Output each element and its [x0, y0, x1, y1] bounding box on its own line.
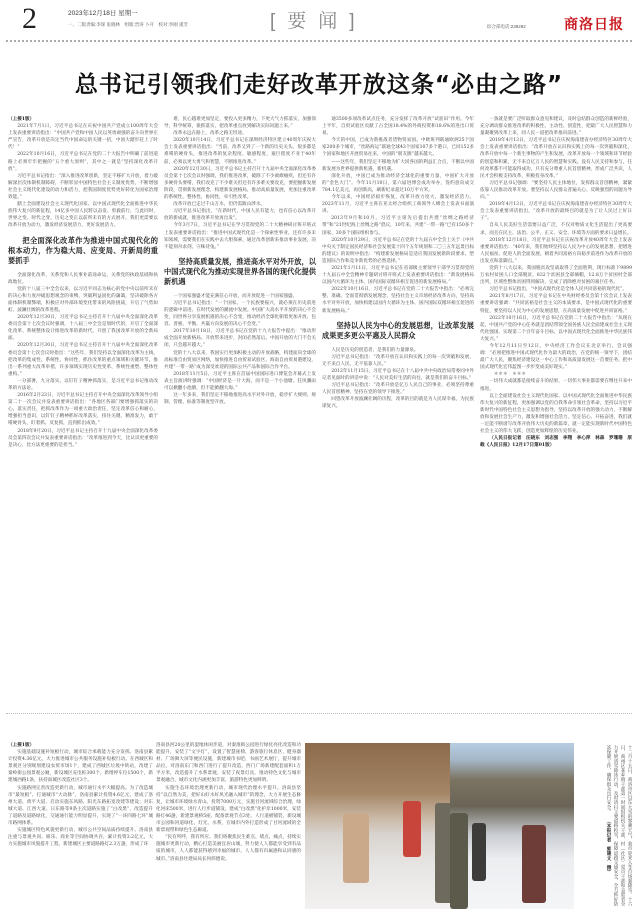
subheading: 把全面深化改革作为推进中国式现代化的根本动力，作为稳大局、应变局、开新局的重要抓…: [8, 236, 158, 266]
snow-sweeping-photo-left: [305, 743, 453, 909]
person-sweeping-figure: [343, 813, 369, 883]
paragraph: ——这些年，我们坚定不移地为扩大同各国的利益汇合点，不断以中国新发展为世界提供新…: [322, 159, 474, 173]
paragraph: 今年以来，中国经济稳步恢复，改革开放力度大，激发经济活力。2023年11月，习近…: [322, 194, 474, 215]
paragraph: 2012年11月15日，习近平总书记在十八届中共中央政治局常委同中外记者见面时的…: [322, 368, 474, 382]
paragraph: 党的十八届三中全会以来，以习近平同志为核心的党中央以前所未有的决心和力度冲破思想…: [8, 286, 158, 314]
paragraph: 2022年10月16日，习近平总书记在党的二十大报告中指出：“从现在起，中国共产…: [480, 315, 632, 343]
continuation-note: （上接1版）: [8, 116, 158, 123]
paragraph: 2021年7月1日，习近平总书记在庆祝中国共产党成立100周年大会上发表重要讲话…: [8, 123, 158, 151]
paragraph: “民有所呼，我有所应。我们将聚焦民生难点、堵点、痛点，持续实施城市更新行动，精心…: [156, 834, 301, 862]
paragraph: 2018年4月13日，习近平总书记在庆祝海南建省办经济特区30周年大会上发表重要…: [480, 201, 632, 222]
department-phone: 综合部电话:238292: [487, 24, 526, 30]
paragraph: 习近平总书记指出：“改革开放在认识和实践上的每一次突破和发展，无不来自人民、无不…: [322, 354, 474, 368]
paragraph: 实施生态环境治理更新行动，城市现代治理水平提升。洛南县坚持“以自然为美，把好山好…: [156, 785, 301, 835]
paragraph: 党的十八大以来，我国脱贫攻坚战取得了全面胜利，现行标准下9899万农村贫困人口全…: [480, 265, 632, 286]
paragraph: 今天的中国，已成为新挑战者货物贸易国。中欧班列联通欧洲25个国家200多个城市，…: [322, 137, 474, 158]
paragraph: 党的十八大以来，我国实行更加积极主动的开放战略，构建面向全球的高标准自由贸易区网…: [164, 350, 316, 371]
paragraph: 一切伟大成就都是接续奋斗的结果，一切伟大事业都需要在继往开来中推进。: [480, 378, 632, 392]
paragraph: 2021年8月17日，习近平总书记在中央财经委员会第十次会议上发表重要讲话强调：…: [480, 293, 632, 314]
person-walking-figure: [472, 823, 486, 881]
paragraph: 实施路网完善改造更新行动，城市通行水平大幅提高。为了改造城市“最短板”、打通城市…: [8, 785, 153, 828]
person-red-jacket-figure: [403, 801, 421, 857]
paragraph: 以上全面建设社会主义现代化国家、以中国式现代化全面推进中华民族伟大复兴的新征程，…: [480, 393, 632, 436]
paragraph: 回望改革开放波澜壮阔的历程，改革的目的就是为人民谋幸福，为民族谋复兴。: [322, 396, 474, 410]
article1-column-3: 通3500多项改革试点任务，充分发挥了改革开放“试验田”作用。今年上半年，自贸试…: [322, 116, 474, 710]
paragraph: 洛南县河20公里的湿地休闲步道，对秦淮街公园进行绿化亮化改造和功能提升，安装了“…: [156, 742, 301, 785]
paragraph: 踏上全面建设社会主义现代化国家、以中国式现代化全面推进中华民族伟大复兴的新征程，…: [8, 201, 158, 229]
article2-column-1: （上接1版） 实施基础设施补短板行动，城市综合承载能力充分发挥。洛南县累计投资4…: [8, 742, 153, 910]
masthead: 2 2023年12月18日 星期一 一、二版责编:李琛 张晓林 组版:晋涛 卜开…: [0, 0, 638, 44]
issue-date: 2023年12月18日 星期一: [68, 8, 138, 17]
main-headline: 总书记引领我们走好改革开放这条“必由之路”: [0, 66, 638, 99]
article2-column-2: 洛南县河20公里的湿地休闲步道，对秦淮街公园进行绿化亮化改造和功能提升，安装了“…: [156, 742, 301, 910]
paragraph: 2018年11月5日，习近平主席在首届中国国际进口博览会开幕式上发表主旨演讲时强…: [164, 371, 316, 392]
editors-credits: 一、二版责编:李琛 张晓林 组版:晋涛 卜开 校对:李刚 谨芳: [68, 22, 188, 28]
paragraph: 2013年9月和10月，习近平主席先后提出共建“丝绸之路经济带”和“21世纪海上…: [322, 215, 474, 236]
paragraph: 难，民心越难更加坚定，要投入更多精力，下更大气力抓落实，加强领导，科学统筹，狠抓…: [164, 116, 316, 130]
article1-column-1: （上接1版） 2021年7月1日，习近平总书记在庆祝中国共产党成立100周年大会…: [8, 116, 158, 710]
paragraph: 这一年多来，我们坚定不移地推进高水平对外开放，稳步扩大规则、规制、管理、标准等制…: [164, 392, 316, 406]
paragraph: 一分部署，九分落实。以钉钉子精神抓落实，是习近平总书记推动改革的方法论。: [8, 378, 158, 392]
paragraph: 2020年10月29日，习近平总书记在党的十九届五中全会上关于《中共中央关于制定…: [322, 237, 474, 265]
photo-caption: 十二月十五日，商洛市区以东大雪的寒潮天气，我市迎来入冬首场强降雪。十六日，商州区…: [585, 745, 633, 910]
paragraph: 2021年1月11日，习近平总书记在省部级主要领导干部学习贯彻党的十九届五中全会…: [322, 265, 474, 286]
continuation-note: （上接1版）: [8, 742, 153, 749]
section-title: [要闻]: [270, 6, 367, 33]
paragraph: 深化开放，中国已成为推动经济全球化的重要力量，中国扩大开放的“金色大门”。今年1…: [322, 173, 474, 194]
paragraph: 实施基础设施补短板行动，城市综合承载能力充分发挥。洛南县累计投资4.36亿元，大…: [8, 749, 153, 784]
paragraph: 2020年12月30日，习近平总书记主持召开十九届中央全面深化改革委员会第十七次…: [8, 342, 158, 377]
section-divider: [6, 713, 632, 714]
subheading: 坚持高质量发展，推进高水平对外开放，以中国式现代化为推动实现世界各国的现代化提供…: [164, 257, 316, 287]
page-number: 2: [22, 4, 37, 34]
paragraph: 习近平总书记指出：“一个国家、一个民族要振兴，就必须在历史前进的逻辑中前进、在时…: [164, 300, 316, 328]
paragraph: 习近平总书记指出，“在新时代，中国人民有能力，也有信心以改革开放的新成就，推进改…: [164, 208, 316, 222]
paragraph: 实施城区特色风貌更新行动，城市公共空间品质持续提升。洛南县注重与景观共同、娱乐、…: [8, 827, 153, 848]
paragraph: 全面深化改革，关系党和人民事业前途命运，关系党的执政基础和执政地位。: [8, 272, 158, 286]
paragraph: 习近平总书记指出：“深入推进改革创新，坚定不移扩大开放，着力破解深层次体制机制障…: [8, 173, 158, 201]
paragraph: 2022年10月16日，习近平总书记在党的二十大报告中明确了前进道路上必须牢牢把…: [8, 151, 158, 172]
paragraph: 一个国家强盛才能充满信心开放，而开放促进一个国家强盛。: [164, 293, 316, 300]
person-broom-figure: [522, 825, 546, 903]
paragraph: 一条就是要广泛听取群众意见和建议，及时总结群众创造的新鲜经验，充分调动群众推进改…: [480, 116, 632, 137]
paragraph: 2018年12月18日，习近平总书记在庆祝改革开放40周年大会上发表重要讲话指出…: [480, 237, 632, 265]
subheading: 坚持以人民为中心的发展思想，让改革发展成果更多更公平惠及人民群众: [322, 321, 474, 341]
paragraph: 习近平总书记强调：“要坚持人民主体地位，发挥群众首创精神，紧紧依靠人民推动改革开…: [480, 180, 632, 201]
article1-column-2: 难，民心越难更加坚定，要投入更多精力，下更大气力抓落实，加强领导，科学统筹，狠抓…: [164, 116, 316, 710]
paragraph: 人民是历史的创造者，是我们的力量源泉。: [322, 347, 474, 354]
person-foreground-figure: [450, 813, 468, 909]
paragraph: 自从人民美好生活需要日益广泛，不仅对物质文化生活提出了更高要求，而且在民主、法治…: [480, 222, 632, 236]
masthead-divider: [6, 40, 632, 42]
paragraph: 改革永远在路上，改革之路无坦途。: [164, 130, 316, 137]
paragraph: 2022年10月16日，习近平总书记在党的二十大报告中指出：“必须完整、准确、全…: [322, 286, 474, 314]
paragraph: 2016年2月23日，习近平总书记主持召开中央全面深化改革领导小组第二十一次会议…: [8, 392, 158, 427]
paragraph: 2018年4月13日，习近平总书记在庆祝海南建省办经济特区30周年大会上发表重要…: [480, 137, 632, 180]
snow-sweeping-photo-right: [450, 743, 574, 909]
paragraph: 2020年12月30日，习近平总书记主持召开十九届中央全面深化改革委员会第十七次…: [8, 314, 158, 342]
paragraph: 通3500多项改革试点任务，充分发挥了改革开放“试验田”作用。今年上半年，自贸试…: [322, 116, 474, 137]
paragraph: 习近平总书记指出：“改革开放是亿万人民自己的事业，必须坚持尊重人民首创精神，坚持…: [322, 382, 474, 396]
newspaper-logo: 商洛日报: [564, 14, 624, 34]
paragraph: 2020年10月14日，习近平总书记在深圳经济特区建立40周年庆祝大会上发表重要…: [164, 137, 316, 165]
paragraph: 今年3月7日，习近平总书记在学习贯彻党的二十大精神研讨班开班式上发表重要讲话指出…: [164, 222, 316, 250]
section-break-stars: ＊＊＊ ＊＊＊: [480, 371, 632, 378]
article1-column-4: 一条就是要广泛听取群众意见和建议，及时总结群众创造的新鲜经验，充分调动群众推进改…: [480, 116, 632, 710]
paragraph: 2020年12月30日，习近平总书记主持召开十九届中央全面深化改革委员会第十七次…: [164, 166, 316, 201]
photo-credit: （本报记者 郭建文 摄）: [606, 819, 611, 874]
paragraph: 2018年9月20日，习近平总书记主持召开十九届中央全面深化改革委员会第四次会议…: [8, 428, 158, 449]
paragraph: 今年12月11日至12日，中央经济工作会议在北京举行，会议强调：“必须把推进中国…: [480, 343, 632, 371]
paragraph: 改革开放已走过千山万水，但仍需跋山涉水。: [164, 201, 316, 208]
paragraph: 2017年10月18日，习近平总书记在党的十九大报告中提出：“推动形成全面开放新…: [164, 328, 316, 349]
byline: （人民日报记者 汪晓东 刘志强 李翔 李心萍 林森 罗珊珊 原载《人民日报》12…: [480, 435, 632, 449]
paragraph: 习近平总书记指出，“中国式现代化是全体人民共同富裕的现代化”。: [480, 286, 632, 293]
